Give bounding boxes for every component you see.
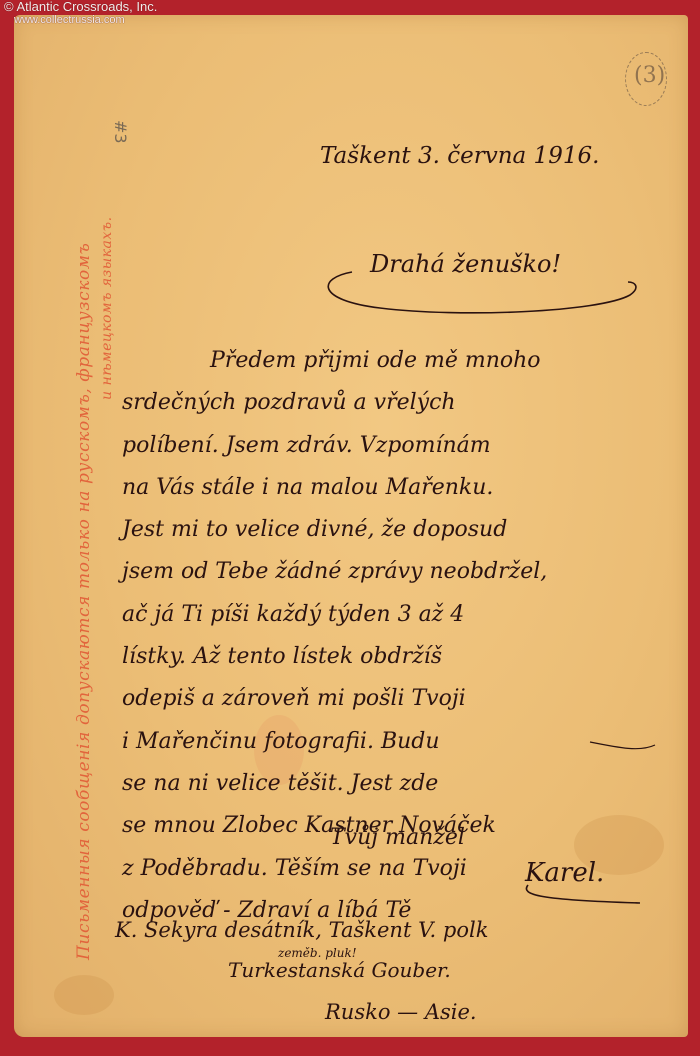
printed-notice: Письменныя сообщенія допускаются только … [70,216,116,960]
letter-line: i Mařenčinu fotografii. Budu [122,721,547,763]
printed-notice-line2: и нѣмецкомъ языкахъ. [98,216,116,960]
letter-line: odepiš a zároveň mi pošli Tvoji [122,678,547,720]
address-line1: K. Sekyra desátník, Taškent V. polk [115,918,488,942]
closing-line: Tvůj manžel [330,825,465,850]
letter-line: ač já Ti píši každý týden 3 až 4 [122,594,547,636]
date-line: Taškent 3. června 1916. [320,143,599,169]
stamp-mark: (3) [634,63,665,88]
letter-line: se na ni velice těšit. Jest zde [122,763,547,805]
letter-line: Jest mi to velice divné, že doposud [122,509,547,551]
signature: Karel. [525,858,604,888]
letter-line: Předem přijmi ode mě mnoho [122,340,547,382]
postmark-stamp: (3) [625,52,667,106]
letter-line: na Vás stále i na malou Mařenku. [122,467,547,509]
greeting: Drahá ženuško! [370,250,561,278]
copyright-text: © Atlantic Crossroads, Inc. [4,0,157,14]
letter-line: lístky. Až tento lístek obdržíš [122,636,547,678]
letter-line: políbení. Jsem zdráv. Vzpomínám [122,425,547,467]
letter-line: jsem od Tebe žádné zprávy neobdržel, [122,551,547,593]
letter-line: z Poděbradu. Těším se na Tvoji [122,848,547,890]
letter-line: srdečných pozdravů a vřelých [122,382,547,424]
address-line2: Turkestanská Gouber. [228,958,451,982]
copyright-watermark: © Atlantic Crossroads, Inc. www.collectr… [4,0,157,26]
website-text: www.collectrussia.com [4,14,157,26]
printed-notice-line1: Письменныя сообщенія допускаются только … [70,216,98,960]
address-line3: Rusko — Asie. [325,1000,477,1024]
pencil-annotation: #3 [111,120,130,144]
paper-stain [54,975,114,1015]
